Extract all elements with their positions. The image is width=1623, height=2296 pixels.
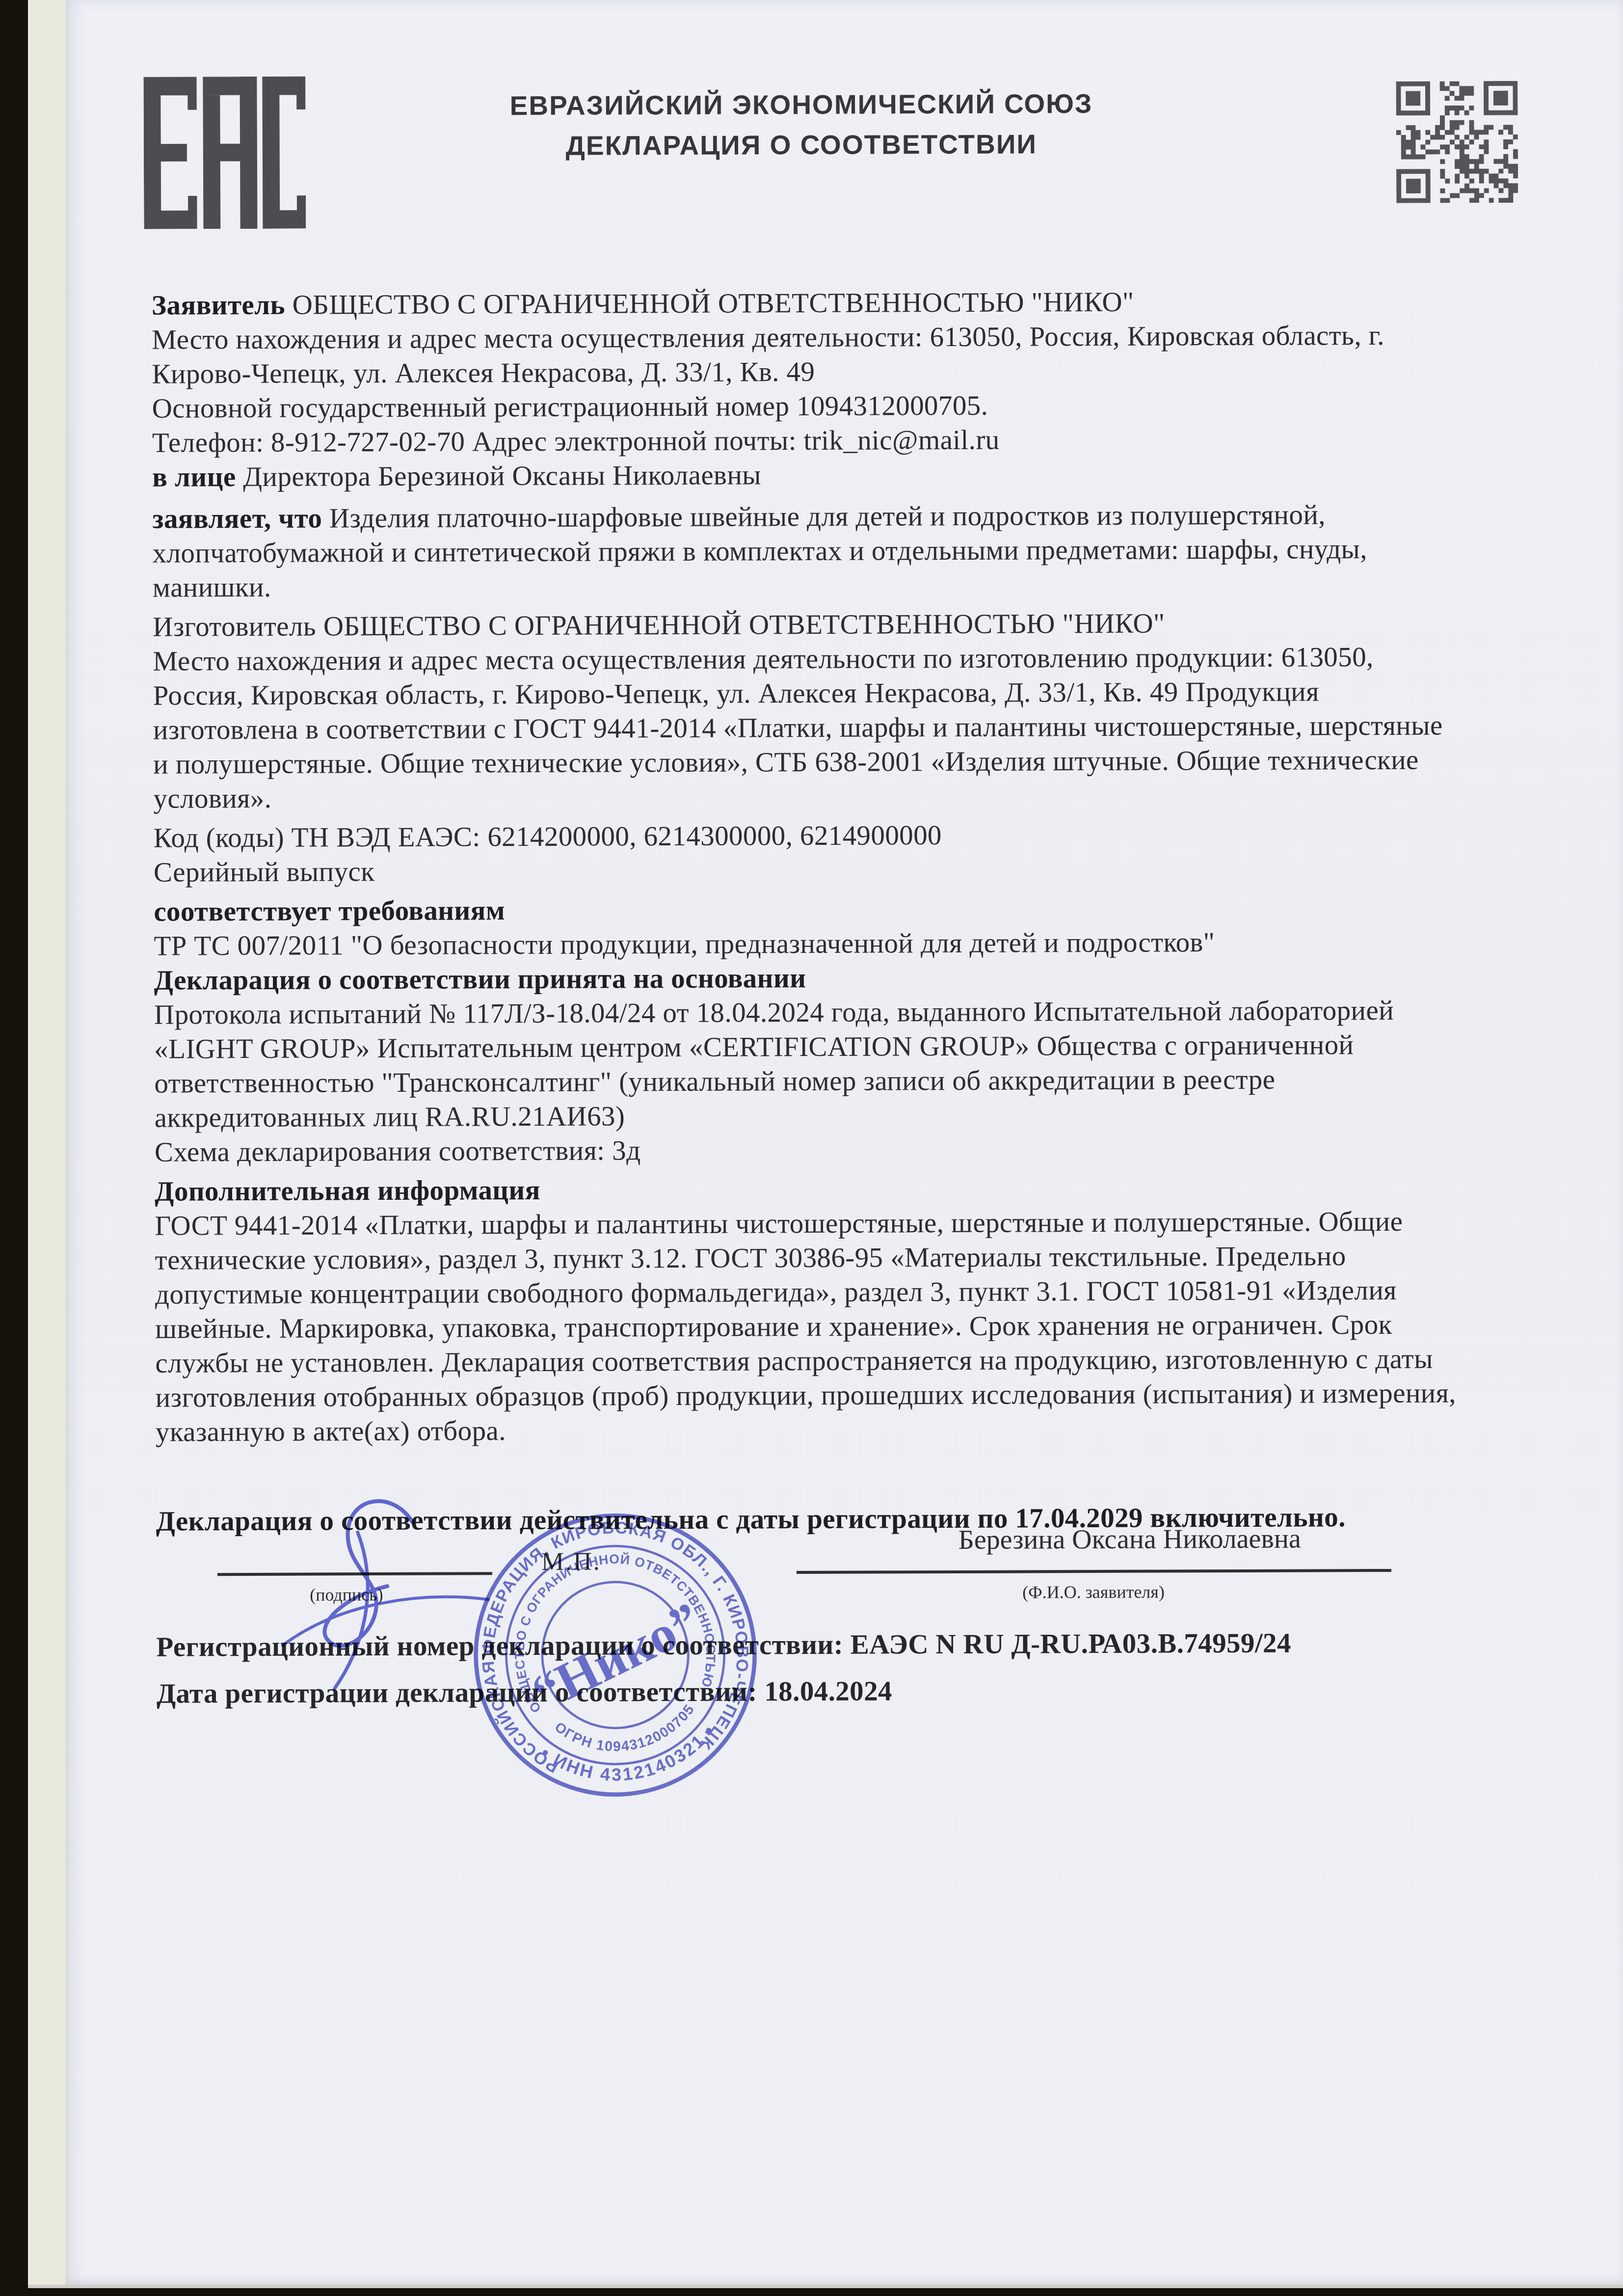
text-line: изготовления отобранных образцов (проб) …	[156, 1376, 1571, 1415]
text-line: хлопчатобумажной и синтетической пряжи в…	[153, 532, 1569, 571]
document-title: ЕВРАЗИЙСКИЙ ЭКОНОМИЧЕСКИЙ СОЮЗ ДЕКЛАРАЦИ…	[433, 83, 1170, 166]
text-line: заявляет, что Изделия платочно-шарфовые …	[152, 497, 1568, 537]
qr-code	[1396, 81, 1518, 203]
text-line: допустимые концентрации свободного форма…	[155, 1273, 1571, 1312]
text-line: Телефон: 8-912-727-02-70 Адрес электронн…	[152, 421, 1568, 460]
paragraph: соответствует требованиямТР ТС 007/2011 …	[154, 890, 1570, 964]
paragraph: Заявитель ОБЩЕСТВО С ОГРАНИЧЕННОЙ ОТВЕТС…	[152, 284, 1568, 495]
title-line1: ЕВРАЗИЙСКИЙ ЭКОНОМИЧЕСКИЙ СОЮЗ	[433, 83, 1169, 126]
signer-name: Березина Оксана Николаевна	[958, 1523, 1301, 1556]
text-line: службы не установлен. Декларация соответ…	[155, 1342, 1571, 1381]
text-line: соответствует требованиям	[154, 890, 1570, 929]
text-line: «LIGHT GROUP» Испытательным центром «CER…	[154, 1027, 1570, 1067]
text-line: Серийный выпуск	[154, 851, 1570, 890]
text-line: Россия, Кировская область, г. Кирово-Чеп…	[153, 674, 1569, 713]
text-line: Основной государственный регистрационный…	[152, 387, 1568, 426]
text-line: указанную в акте(ах) отбора.	[156, 1410, 1571, 1450]
registration-number-value: ЕАЭС N RU Д-RU.РА03.В.74959/24	[851, 1628, 1291, 1660]
scan-edge-bottom-dark	[28, 2288, 1623, 2296]
text-line: Изготовитель ОБЩЕСТВО С ОГРАНИЧЕННОЙ ОТВ…	[153, 605, 1569, 645]
paragraph: Дополнительная информацияГОСТ 9441-2014 …	[155, 1170, 1571, 1450]
company-stamp: РОССИЙСКАЯ ФЕДЕРАЦИЯ, КИРОВСКАЯ ОБЛ., Г.…	[446, 1486, 785, 1825]
registration-date-value: 18.04.2024	[764, 1675, 892, 1707]
paragraph: Код (коды) ТН ВЭД ЕАЭС: 6214200000, 6214…	[154, 816, 1570, 890]
paragraph: заявляет, что Изделия платочно-шарфовые …	[152, 497, 1569, 605]
scanned-declaration: ЕВРАЗИЙСКИЙ ЭКОНОМИЧЕСКИЙ СОЮЗ ДЕКЛАРАЦИ…	[0, 0, 1623, 2296]
text-line: и полушерстяные. Общие технические услов…	[153, 743, 1569, 782]
declaration-text: Заявитель ОБЩЕСТВО С ОГРАНИЧЕННОЙ ОТВЕТС…	[152, 284, 1572, 1539]
text-line: Кирово-Чепецк, ул. Алексея Некрасова, Д.…	[152, 352, 1568, 392]
text-line: Декларация о соответствии принята на осн…	[154, 959, 1570, 998]
text-line: Дополнительная информация	[155, 1170, 1570, 1209]
text-line: Схема декларирования соответствия: 3д	[155, 1131, 1570, 1170]
stamp-center-text: “Нико”	[523, 1592, 709, 1723]
text-line: ответственностью "Трансконсалтинг" (уник…	[154, 1062, 1570, 1101]
text-line: Место нахождения и адрес места осуществл…	[152, 318, 1568, 357]
scan-edge-bottom-light	[28, 2285, 1623, 2288]
paragraph: Декларация о соответствии принята на осн…	[154, 959, 1570, 1170]
paragraph: Изготовитель ОБЩЕСТВО С ОГРАНИЧЕННОЙ ОТВ…	[153, 605, 1569, 816]
title-line2: ДЕКЛАРАЦИЯ О СООТВЕТСТВИИ	[433, 123, 1170, 166]
text-line: Место нахождения и адрес места осуществл…	[153, 640, 1569, 679]
text-line: Заявитель ОБЩЕСТВО С ОГРАНИЧЕННОЙ ОТВЕТС…	[152, 284, 1568, 323]
text-line: изготовлена в соответствии с ГОСТ 9441-2…	[153, 708, 1569, 748]
text-line: швейные. Маркировка, упаковка, транспорт…	[155, 1307, 1571, 1347]
text-line: ТР ТС 007/2011 "О безопасности продукции…	[154, 924, 1570, 964]
text-line: технические условия», раздел 3, пункт 3.…	[155, 1239, 1571, 1278]
text-line: аккредитованных лиц RA.RU.21АИ63)	[155, 1096, 1570, 1135]
name-line	[797, 1569, 1391, 1574]
eac-logo	[143, 77, 306, 229]
text-line: Протокола испытаний № 117Л/З-18.04/24 от…	[154, 993, 1570, 1032]
text-line: Код (коды) ТН ВЭД ЕАЭС: 6214200000, 6214…	[154, 816, 1570, 856]
text-line: в лице Директора Березиной Оксаны Никола…	[152, 456, 1568, 495]
name-caption: (Ф.И.О. заявителя)	[1022, 1581, 1165, 1602]
text-line: ГОСТ 9441-2014 «Платки, шарфы и палантин…	[155, 1204, 1570, 1243]
text-line: условия».	[153, 777, 1569, 816]
text-line: манишки.	[153, 566, 1569, 605]
